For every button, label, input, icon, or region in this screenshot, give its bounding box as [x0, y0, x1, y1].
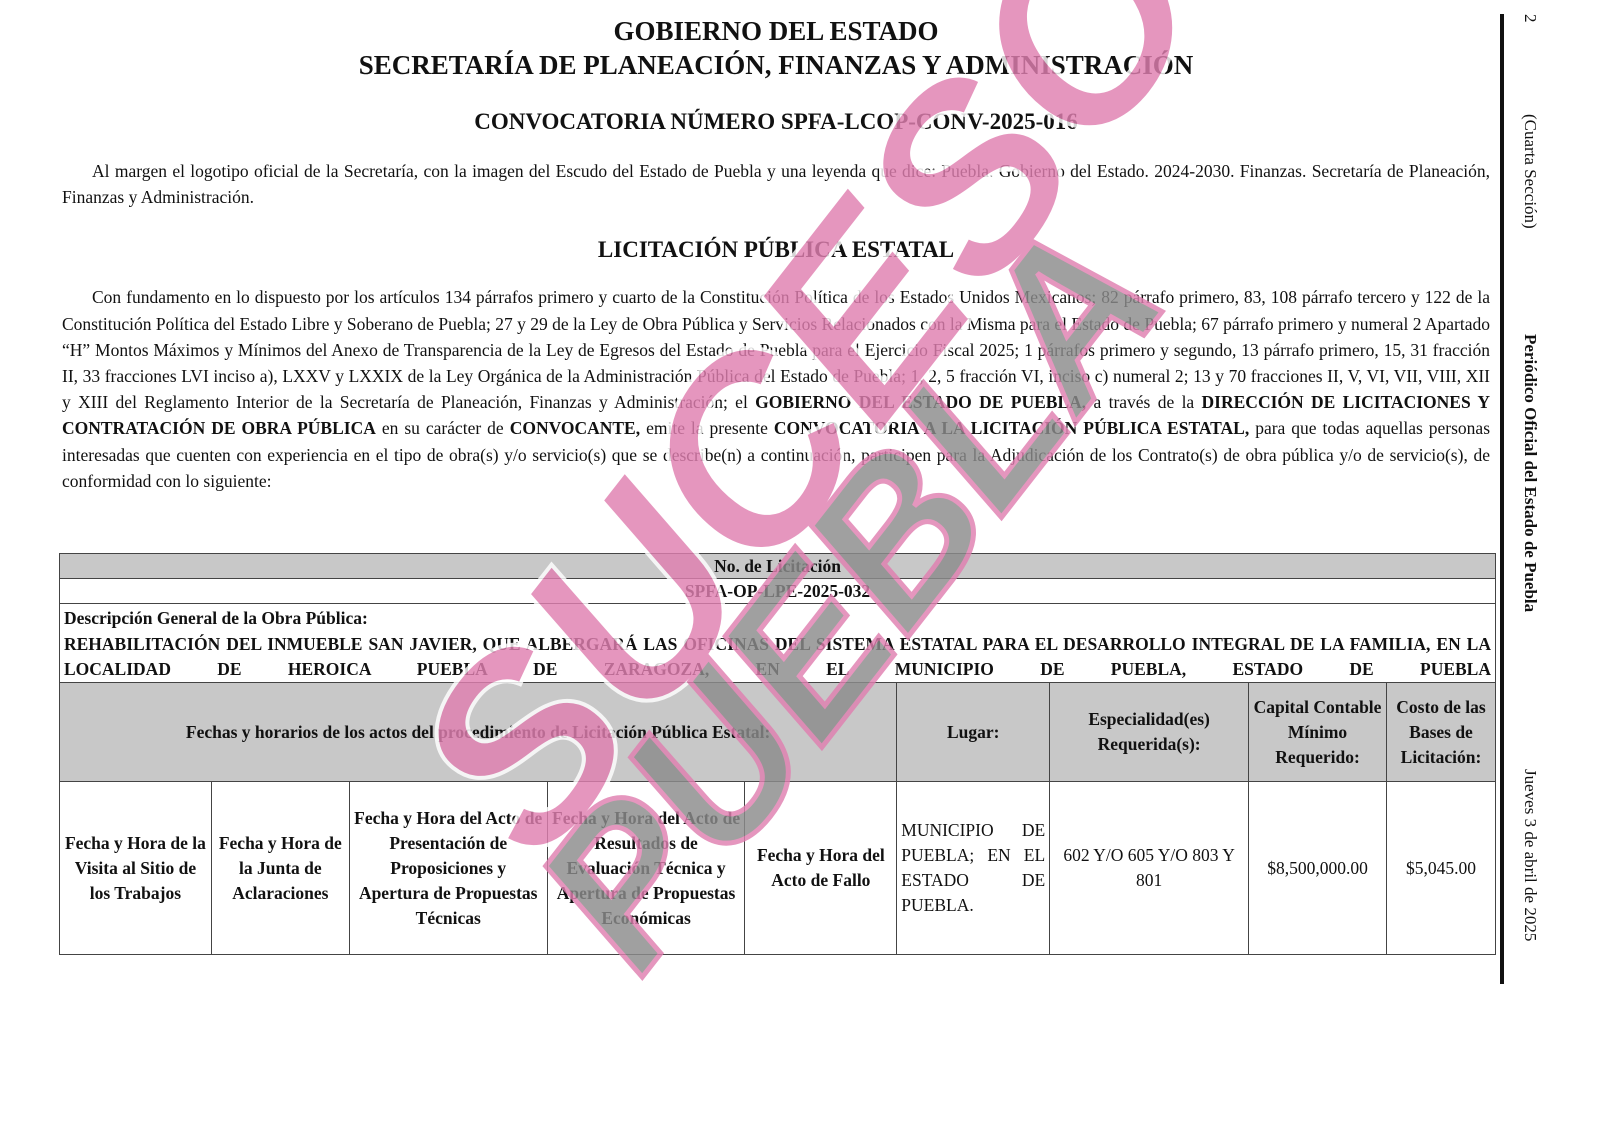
- tender-table: No. de Licitación SPFA-OP-LPE-2025-032 D…: [59, 553, 1496, 955]
- body-bold-text: CONVOCANTE,: [510, 418, 640, 438]
- capital-value: $8,500,000.00: [1249, 782, 1387, 955]
- ruling-date-cell: Fecha y Hora del Acto de Fallo: [745, 782, 897, 955]
- body-bold-text: CONVOCATORIA A LA LICITACIÓN PÚBLICA EST…: [774, 418, 1249, 438]
- legal-basis-paragraph: Con fundamento en lo dispuesto por los a…: [62, 284, 1490, 494]
- body-text: emite la presente: [640, 418, 774, 438]
- header-specialty: Especialidad(es) Requerida(s):: [1050, 683, 1249, 782]
- body-text: a través de la: [1086, 392, 1201, 412]
- description-label: Descripción General de la Obra Pública:: [60, 604, 1496, 633]
- specialty-value: 602 Y/O 605 Y/O 803 Y 801: [1050, 782, 1249, 955]
- clarification-meeting-cell: Fecha y Hora de la Junta de Aclaraciones: [211, 782, 349, 955]
- section-title: LICITACIÓN PÚBLICA ESTATAL: [62, 236, 1490, 264]
- header-dates: Fechas y horarios de los actos del proce…: [60, 683, 897, 782]
- body-bold-text: GOBIERNO DEL ESTADO DE PUEBLA,: [755, 392, 1086, 412]
- publication-date: Jueves 3 de abril de 2025: [1510, 769, 1540, 941]
- header-capital: Capital Contable Mínimo Requerido:: [1249, 683, 1387, 782]
- intro-paragraph: Al margen el logotipo oficial de la Secr…: [62, 158, 1490, 210]
- header-cost: Costo de las Bases de Licitación:: [1386, 683, 1495, 782]
- tender-number-label: No. de Licitación: [60, 554, 1496, 579]
- site-visit-date-cell: Fecha y Hora de la Visita al Sitio de lo…: [60, 782, 212, 955]
- technical-proposals-cell: Fecha y Hora del Acto de Presentación de…: [349, 782, 547, 955]
- margin-rule: [1500, 14, 1504, 984]
- publication-name: Periódico Oficial del Estado de Puebla: [1510, 334, 1540, 612]
- page-sidebar: 2 (Cuarta Sección) Periódico Oficial del…: [1510, 14, 1540, 984]
- economic-proposals-cell: Fecha y Hora del Acto de Resultados de E…: [547, 782, 745, 955]
- header-place: Lugar:: [897, 683, 1050, 782]
- section-label: (Cuarta Sección): [1510, 114, 1540, 229]
- government-title: GOBIERNO DEL ESTADO: [62, 14, 1490, 48]
- cost-value: $5,045.00: [1386, 782, 1495, 955]
- page-number: 2: [1510, 14, 1540, 23]
- secretariat-title: SECRETARÍA DE PLANEACIÓN, FINANZAS Y ADM…: [62, 48, 1490, 82]
- tender-number-value: SPFA-OP-LPE-2025-032: [60, 579, 1496, 604]
- description-value: REHABILITACIÓN DEL INMUEBLE SAN JAVIER, …: [60, 632, 1496, 683]
- place-value: MUNICIPIO DE PUEBLA; EN EL ESTADO DE PUE…: [897, 782, 1050, 955]
- convocatoria-number: CONVOCATORIA NÚMERO SPFA-LCOP-CONV-2025-…: [62, 108, 1490, 136]
- body-text: en su carácter de: [376, 418, 510, 438]
- document-page: GOBIERNO DEL ESTADO SECRETARÍA DE PLANEA…: [62, 14, 1490, 494]
